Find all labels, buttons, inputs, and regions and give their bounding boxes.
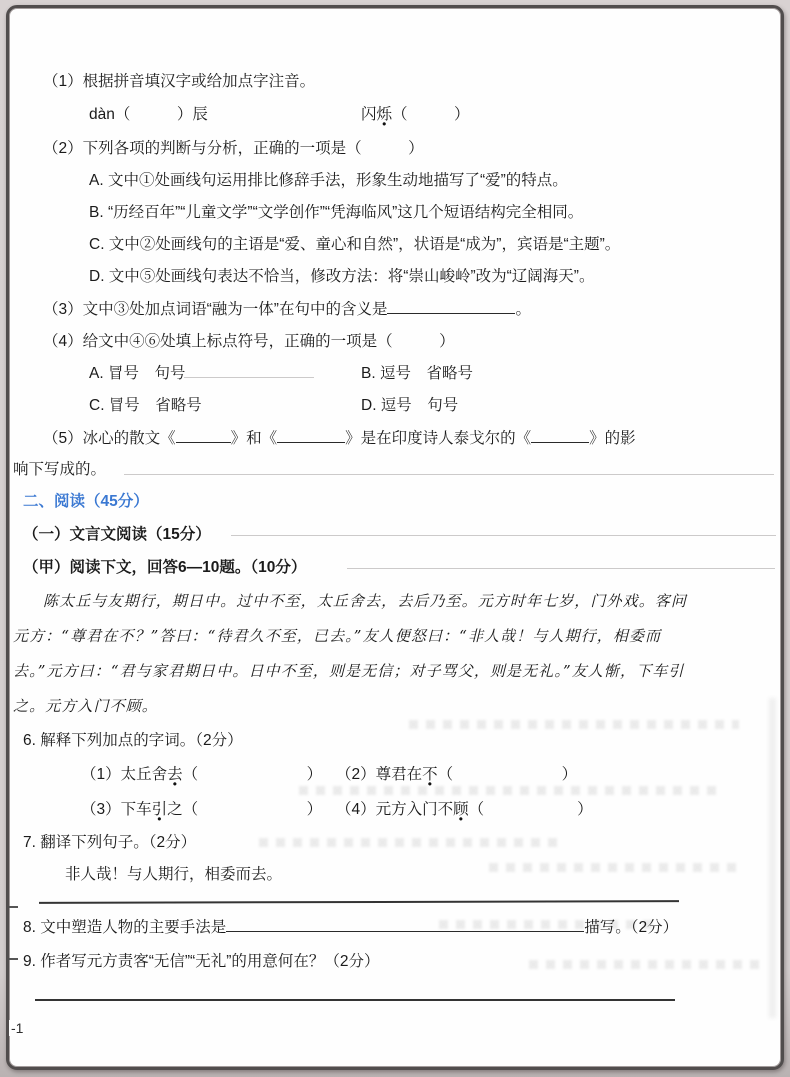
answer-blank (176, 427, 231, 443)
q1-pinyin-blank: dàn（ ）辰 (89, 98, 361, 132)
answer-blank (531, 427, 589, 443)
exam-content: （1）根据拼音填汉字或给加点字注音。 dàn（ ）辰闪烁（ ） （2）下列各项的… (9, 8, 781, 1067)
q2-option-d: D. 文中⑤处画线句表达不恰当，修改方法：将“崇山峻岭”改为“辽阔海天”。 (11, 261, 779, 293)
q8-stem: 8. 文中塑造人物的主要手法是描写。（2分） (11, 911, 779, 945)
answer-blank (226, 916, 584, 932)
q5-wrap-line: 响下写成的。 (11, 455, 779, 485)
passage-line: 之。元方入门不顾。 (11, 689, 779, 724)
q6-item-4: （4）元方入门不顾（ ） (336, 801, 593, 818)
q4-option-row: C. 冒号 省略号D. 逗号 句号 (11, 390, 779, 422)
emphasis-dot-char: 烁 (377, 106, 393, 123)
q9-stem: 9. 作者写元方责客“无信”“无礼”的用意何在？（2分） (11, 945, 779, 979)
answer-blank (277, 427, 345, 443)
q2-stem: （2）下列各项的判断与分析，正确的一项是（ ） (11, 132, 779, 165)
q7-stem: 7. 翻译下列句子。（2分） (11, 827, 779, 859)
q4-option-a: A. 冒号 句号 (89, 358, 361, 390)
q4-option-b: B. 逗号 省略号 (361, 365, 473, 382)
q2-option-a: A. 文中①处画线句运用排比修辞手法，形象生动地描写了“爱”的特点。 (11, 165, 779, 197)
page-number: -1 (8, 1020, 26, 1036)
q1-zhuyin-blank: 闪烁（ ） (361, 106, 470, 123)
emphasis-dot-char: 去 (167, 766, 183, 783)
q6-item-1: （1）太丘舍去（ ） (81, 757, 336, 792)
q4-option-row: A. 冒号 句号B. 逗号 省略号 (11, 358, 779, 390)
q3-stem: （3）文中③处加点词语“融为一体”在句中的含义是。 (11, 293, 779, 326)
q4-option-d: D. 逗号 句号 (361, 397, 458, 414)
q1-stem: （1）根据拼音填汉字或给加点字注音。 (11, 66, 779, 98)
emphasis-dot-char: 引 (152, 801, 168, 818)
q2-option-c: C. 文中②处画线句的主语是“爱、童心和自然”，状语是“成为”，宾语是“主题”。 (11, 229, 779, 261)
q6-item-row: （1）太丘舍去（ ）（2）尊君在不（ ） (11, 757, 779, 792)
q4-stem: （4）给文中④⑥处填上标点符号，正确的一项是（ ） (11, 326, 779, 358)
q4-option-c: C. 冒号 省略号 (89, 390, 361, 422)
answer-line (39, 900, 679, 904)
q1-fill-line: dàn（ ）辰闪烁（ ） (11, 98, 779, 132)
q6-item-row: （3）下车引之（ ）（4）元方入门不顾（ ） (11, 792, 779, 827)
q6-item-3: （3）下车引之（ ） (81, 792, 336, 827)
passage-line: 陈太丘与友期行，期日中。过中不至，太丘舍去，去后乃至。元方时年七岁，门外戏。客问 (11, 584, 779, 619)
q7-sentence: 非人哉！与人期行，相委而去。 (11, 859, 779, 891)
answer-line (35, 999, 675, 1001)
section-heading-reading: 二、阅读（45分） (11, 485, 779, 518)
answer-blank (387, 298, 515, 314)
passage-line: 元方：“尊君在不？”答曰：“待君久不至，已去。”友人便怒曰：“非人哉！与人期行，… (11, 619, 779, 654)
emphasis-dot-char: 顾 (453, 801, 469, 818)
q6-stem: 6. 解释下列加点的字词。（2分） (11, 724, 779, 757)
document-page: （1）根据拼音填汉字或给加点字注音。 dàn（ ）辰闪烁（ ） （2）下列各项的… (6, 5, 784, 1070)
emphasis-dot-char: 不 (422, 766, 438, 783)
q6-item-2: （2）尊君在不（ ） (336, 766, 577, 783)
subsection-passage-jia: （甲）阅读下文，回答6—10题。（10分） (11, 551, 779, 584)
subsection-classical-reading: （一）文言文阅读（15分） (11, 518, 779, 551)
q5-stem: （5）冰心的散文《》和《》是在印度诗人泰戈尔的《》的影 (11, 422, 779, 455)
passage-line: 去。”元方曰：“君与家君期日中。日中不至，则是无信；对子骂父，则是无礼。”友人惭… (11, 654, 779, 689)
q2-option-b: B. “历经百年”“儿童文学”“文学创作”“凭海临风”这几个短语结构完全相同。 (11, 197, 779, 229)
